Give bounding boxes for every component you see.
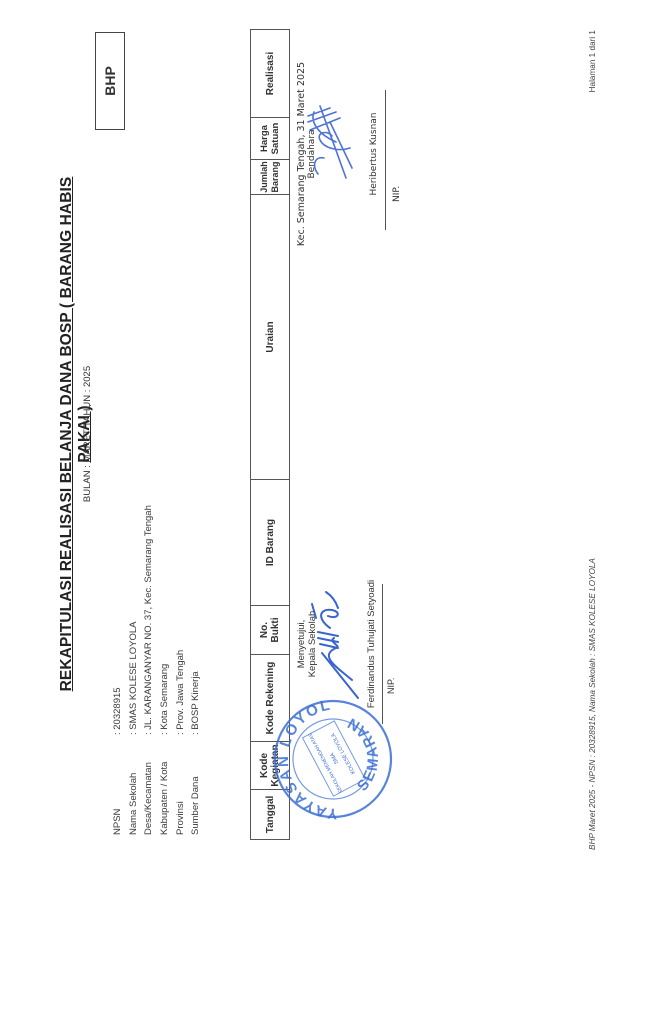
footer-document-info: BHP Maret 2025 - NPSN : 20328915, Nama S… (588, 558, 597, 850)
info-label: NPSN (112, 735, 123, 835)
column-header-jumlah-barang: JumlahBarang (251, 160, 290, 195)
treasurer-handwritten-signature (300, 92, 360, 192)
footer-page-number: Halaman 1 dari 1 (588, 30, 597, 92)
category-badge: BHP (95, 32, 125, 130)
principal-nip: NIP. (386, 678, 396, 694)
info-row-npsn: NPSN : 20328915 (110, 505, 126, 835)
treasurer-signature-line (385, 90, 386, 230)
info-value: : SMAS KOLESE LOYOLA (128, 621, 139, 735)
info-row-city: Kabupaten / Kota : Kota Semarang (157, 505, 173, 835)
info-value: : Kota Semarang (159, 664, 170, 735)
treasurer-name: Heribertus Kusnan (369, 54, 379, 254)
info-label: Sumber Dana (190, 735, 201, 835)
approval-label: Menyetujui, (296, 564, 307, 724)
info-row-fund-source: Sumber Dana : BOSP Kinerja (188, 505, 204, 835)
principal-signature-line (382, 584, 383, 724)
info-row-school-name: Nama Sekolah : SMAS KOLESE LOYOLA (126, 505, 142, 835)
document-page: REKAPITULASI REALISASI BELANJA DANA BOSP… (0, 0, 670, 1024)
info-label: Kabupaten / Kota (159, 735, 170, 835)
column-header-realisasi: Realisasi (251, 30, 290, 118)
info-value: : Prov. Jawa Tengah (175, 650, 186, 735)
info-label: Provinsi (175, 735, 186, 835)
info-row-province: Provinsi : Prov. Jawa Tengah (172, 505, 188, 835)
column-header-harga-satuan: HargaSatuan (251, 118, 290, 160)
principal-handwritten-signature (308, 588, 368, 708)
svg-text:SMA: SMA (329, 751, 340, 765)
info-value: : BOSP Kinerja (190, 671, 201, 735)
info-label: Desa/Kecamatan (143, 735, 154, 835)
info-row-address: Desa/Kecamatan : JL. KARANGANYAR NO. 37,… (141, 505, 157, 835)
info-value: : 20328915 (112, 687, 123, 735)
column-header-id-barang: ID Barang (251, 480, 290, 606)
school-info: NPSN : 20328915 Nama Sekolah : SMAS KOLE… (110, 505, 204, 835)
document-period: BULAN : MARET TAHUN : 2025 (82, 174, 93, 694)
column-header-no-bukti: No.Bukti (251, 606, 290, 655)
info-label: Nama Sekolah (128, 735, 139, 835)
info-value: : JL. KARANGANYAR NO. 37, Kec. Semarang … (143, 505, 154, 735)
treasurer-nip: NIP. (392, 186, 402, 202)
column-header-uraian: Uraian (251, 195, 290, 480)
